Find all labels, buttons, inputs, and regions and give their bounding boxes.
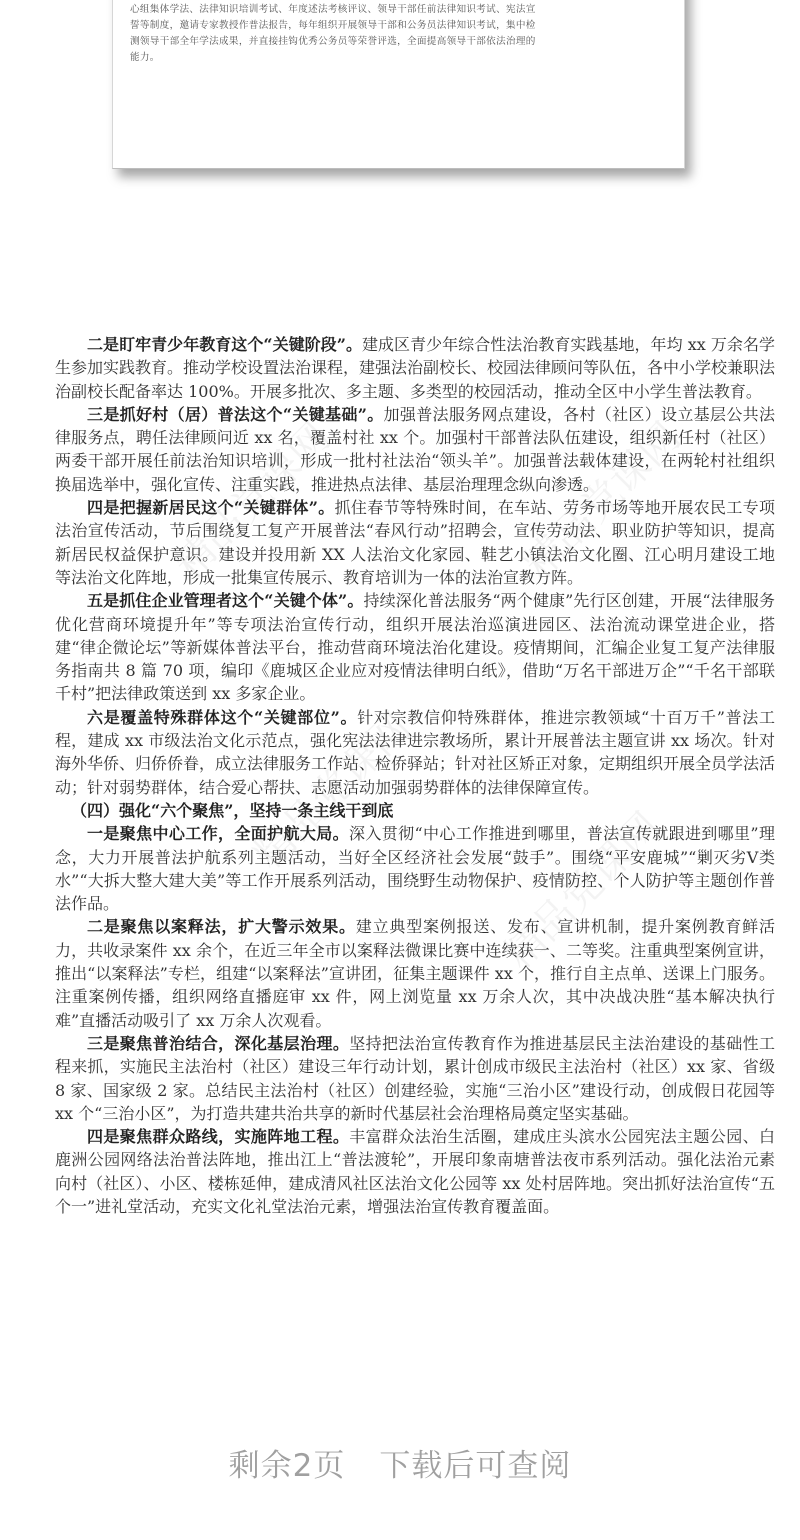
- paragraph-lead: 二是盯牢青少年教育这个“关键阶段”。: [87, 335, 362, 354]
- preview-line: 能力。: [130, 50, 660, 66]
- paragraph-lead: 一是聚焦中心工作，全面护航大局。: [87, 824, 349, 843]
- paragraph-lead: 四是把握新居民这个“关键群体”。: [87, 498, 335, 517]
- preview-page-card: 心组集体学法、法律知识培训考试、年度述法考核评议、领导干部任前法律知识考试、宪法…: [112, 0, 685, 169]
- paragraph: 三是聚焦普治结合，深化基层治理。坚持把法治宣传教育作为推进基层民主法治建设的基础…: [55, 1032, 775, 1125]
- paragraph: 四是聚焦群众路线，实施阵地工程。丰富群众法治生活圈，建成庄头滨水公园宪法主题公园…: [55, 1125, 775, 1218]
- paragraph-lead: 四是聚焦群众路线，实施阵地工程。: [87, 1127, 349, 1146]
- download-to-view-label[interactable]: 下载后可查阅: [379, 1448, 571, 1484]
- paragraph: 三是抓好村（居）普法这个“关键基础”。加强普法服务网点建设，各村（社区）设立基层…: [55, 403, 775, 496]
- download-hint[interactable]: 剩余2页下载后可查阅: [0, 1440, 800, 1485]
- paragraph-lead: 二是聚焦以案释法，扩大警示效果。: [87, 917, 356, 936]
- paragraph-lead: 三是抓好村（居）普法这个“关键基础”。: [87, 405, 384, 424]
- section-heading: （四）强化“六个聚焦”，坚持一条主线干到底: [55, 799, 775, 822]
- paragraph: 二是聚焦以案释法，扩大警示效果。建立典型案例报送、发布、宣讲机制，提升案例教育鲜…: [55, 915, 775, 1031]
- paragraph: 六是覆盖特殊群体这个“关键部位”。针对宗教信仰特殊群体，推进宗教领域“十百万千”…: [55, 706, 775, 799]
- document-body: 二是盯牢青少年教育这个“关键阶段”。建成区青少年综合性法治教育实践基地，年均 x…: [55, 333, 775, 1218]
- paragraph: 二是盯牢青少年教育这个“关键阶段”。建成区青少年综合性法治教育实践基地，年均 x…: [55, 333, 775, 403]
- preview-line: 誓等制度，邀请专家教授作普法报告，每年组织开展领导干部和公务员法律知识考试，集中…: [130, 18, 660, 34]
- preview-line: 测领导干部全年学法成果，并直接挂钩优秀公务员等荣誉评选，全面提高领导干部依法治理…: [130, 34, 660, 50]
- paragraph: 一是聚焦中心工作，全面护航大局。深入贯彻“中心工作推进到哪里，普法宣传就跟进到哪…: [55, 822, 775, 915]
- remaining-pages-label: 剩余2页: [229, 1448, 346, 1484]
- paragraph-lead: 六是覆盖特殊群体这个“关键部位”。: [87, 708, 357, 727]
- paragraph-lead: 五是抓住企业管理者这个“关键个体”。: [87, 591, 363, 610]
- preview-line: 心组集体学法、法律知识培训考试、年度述法考核评议、领导干部任前法律知识考试、宪法…: [130, 2, 660, 18]
- paragraph-lead: 三是聚焦普治结合，深化基层治理。: [87, 1034, 349, 1053]
- paragraph: 四是把握新居民这个“关键群体”。抓住春节等特殊时间，在车站、劳务市场等地开展农民…: [55, 496, 775, 589]
- paragraph: 五是抓住企业管理者这个“关键个体”。持续深化普法服务“两个健康”先行区创建，开展…: [55, 589, 775, 705]
- preview-page-text: 心组集体学法、法律知识培训考试、年度述法考核评议、领导干部任前法律知识考试、宪法…: [130, 2, 660, 66]
